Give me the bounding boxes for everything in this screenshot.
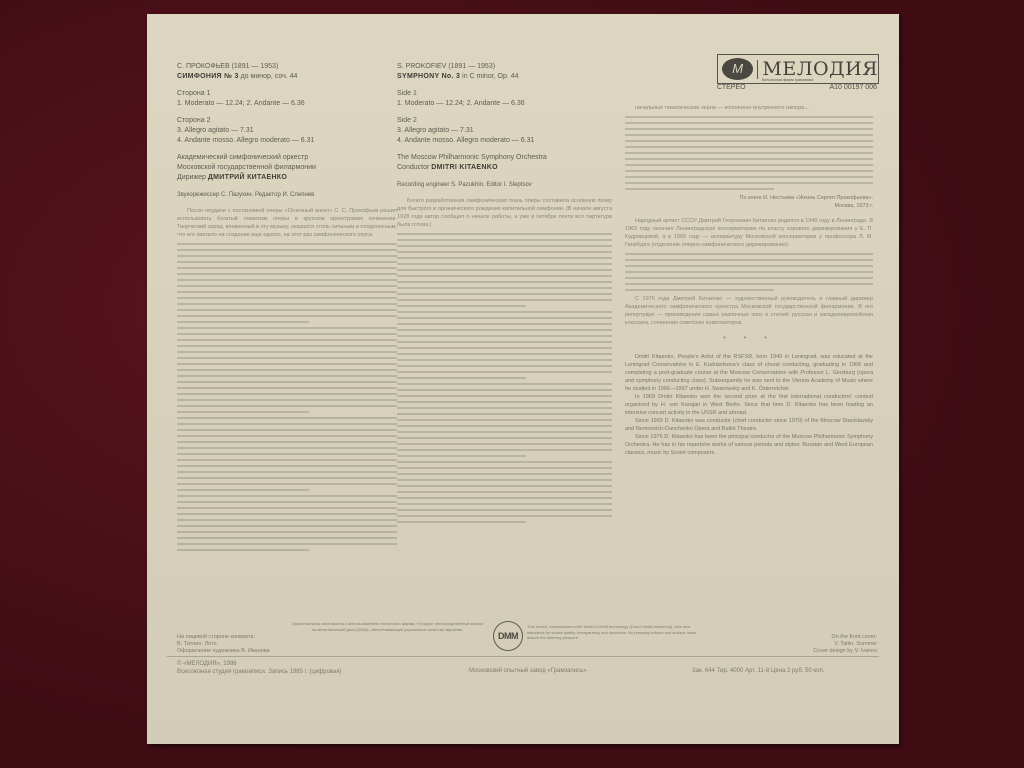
cover-credit-en-2: V. Tatlin. Summer [767,641,877,648]
catalog-row: СТЕРЕО А10 00197 006 [717,84,877,91]
conductor-ru-prefix: Дирижер [177,174,208,181]
bio-en-p1: Dmitri Kitaenko, People's Artist of the … [625,353,873,393]
notes-ru-intro: После неудачи с постановкой оперы «Огнен… [177,207,397,239]
notes-col2-intro: Богато разработанная симфоническая ткань… [397,197,612,229]
melodiya-mark-icon: М [722,58,753,80]
work-title-ru-bold: СИМФОНИЯ № 3 [177,73,239,80]
pressing-plant: Московский опытный завод «Грамзапись» [469,668,587,675]
cover-credit-en: On the front cover: V. Tatlin. Summer Co… [767,634,877,655]
bio-ru-intro: Народный артист СССР Дмитрий Георгиевич … [625,217,873,249]
conductor-en-prefix: Conductor [397,164,431,171]
order-info: Зак. 644 Тир. 4000 Арт. 11-8 Цена 2 руб.… [692,668,824,675]
dmm-note-ru: Грампластинка изготовлена с использовани… [290,621,485,632]
bio-en-p2: In 1969 Dmitri Kitaenko won the second p… [625,393,873,417]
cover-credit-ru-2: В. Татлин. Лето [177,641,307,648]
cover-credit-en-3: Cover design by V. Ivanov [767,648,877,655]
side1-label-ru: Сторона 1 [177,89,397,99]
work-title-en: SYMPHONY No. 3 in C minor, Op. 44 [397,72,612,82]
english-column: S. PROKOFIEV (1891 — 1953) SYMPHONY No. … [397,62,612,527]
bio-en-p4: Since 1976 D. Kitaenko has been the prin… [625,433,873,457]
work-title-en-rest: in C minor, Op. 44 [460,73,518,80]
bio-ru-end: С 1976 года Дмитрий Китаенко — художеств… [625,295,873,327]
brand-name: МЕЛОДИЯ [757,60,878,79]
source-credit-2: Москва, 1973 г. [625,202,873,210]
notes-column-3: начальные тематические зерна — исполнено… [625,104,873,457]
copyright: © «МЕЛОДИЯ», 1986 [177,660,342,668]
side1-label-en: Side 1 [397,89,612,99]
copyright-block: © «МЕЛОДИЯ», 1986 Всесоюзная студия грам… [177,660,342,676]
cover-credit-ru-3: Оформление художника В. Иванова [177,648,307,655]
conductor-ru-name: ДМИТРИЙ КИТАЕНКО [208,174,287,181]
section-separator: * * * [625,335,873,345]
source-credit-1: По книге И. Нестьева «Жизнь Сергея Проко… [625,194,873,202]
russian-column: С. ПРОКОФЬЕВ (1891 — 1953) СИМФОНИЯ № 3 … [177,62,397,555]
composer-en: S. PROKOFIEV (1891 — 1953) [397,62,612,72]
engineer-en: Recording engineer S. Pazukhin. Editor I… [397,180,612,190]
work-title-en-bold: SYMPHONY No. 3 [397,73,460,80]
side2-label-en: Side 2 [397,116,612,126]
record-sleeve-back: С. ПРОКОФЬЕВ (1891 — 1953) СИМФОНИЯ № 3 … [147,14,899,744]
conductor-en: Conductor DMITRI KITAENKO [397,163,612,173]
dmm-note-en: This record, manufactured with Teldec's … [527,624,697,641]
bio-en-p3: Since 1969 D. Kitaenko was conductor (ch… [625,417,873,433]
bio-ru-body [625,253,873,291]
track3-ru: 3. Allegro agitato — 7.31 [177,126,397,136]
stereo-label: СТЕРЕО [717,84,746,91]
track3-en: 3. Allegro agitato — 7.31 [397,126,612,136]
dmm-logo-icon: DMM [493,621,523,651]
work-title-ru-rest: до минор, соч. 44 [239,73,298,80]
footer-divider [167,656,879,657]
brand-subtitle: Всесоюзная фирма грамзаписи [762,78,814,82]
cover-credit-ru-1: На лицевой стороне конверта: [177,634,307,641]
conductor-en-name: DMITRI KITAENKO [431,164,498,171]
notes-col3-body [625,116,873,190]
engineer-ru: Звукорежиссер С. Пазухин. Редактор И. Сл… [177,190,397,200]
cover-credit-en-1: On the front cover: [767,634,877,641]
notes-col3-intro: начальные тематические зерна — исполнено… [625,104,873,112]
melodiya-logo: М МЕЛОДИЯ Всесоюзная фирма грамзаписи [717,54,879,84]
notes-col2-body [397,233,612,523]
orchestra-ru-1: Академический симфонический оркестр [177,153,397,163]
orchestra-ru-2: Московской государственной филармонии [177,163,397,173]
track4-ru: 4. Andante mosso. Allegro moderato — 6.3… [177,136,397,146]
recording-studio: Всесоюзная студия грамзаписи. Запись 198… [177,668,342,676]
side1-tracks-en: 1. Moderato — 12.24; 2. Andante — 6.36 [397,99,612,109]
cover-credit-ru: На лицевой стороне конверта: В. Татлин. … [177,634,307,655]
work-title-ru: СИМФОНИЯ № 3 до минор, соч. 44 [177,72,397,82]
composer-ru: С. ПРОКОФЬЕВ (1891 — 1953) [177,62,397,72]
side1-tracks-ru: 1. Moderato — 12.24; 2. Andante — 6.36 [177,99,397,109]
notes-ru-body [177,243,397,551]
orchestra-en: The Moscow Philharmonic Symphony Orchest… [397,153,612,163]
catalog-number: А10 00197 006 [830,84,878,91]
track4-en: 4. Andante mosso. Allegro moderato — 6.3… [397,136,612,146]
side2-label-ru: Сторона 2 [177,116,397,126]
conductor-ru: Дирижер ДМИТРИЙ КИТАЕНКО [177,173,397,183]
